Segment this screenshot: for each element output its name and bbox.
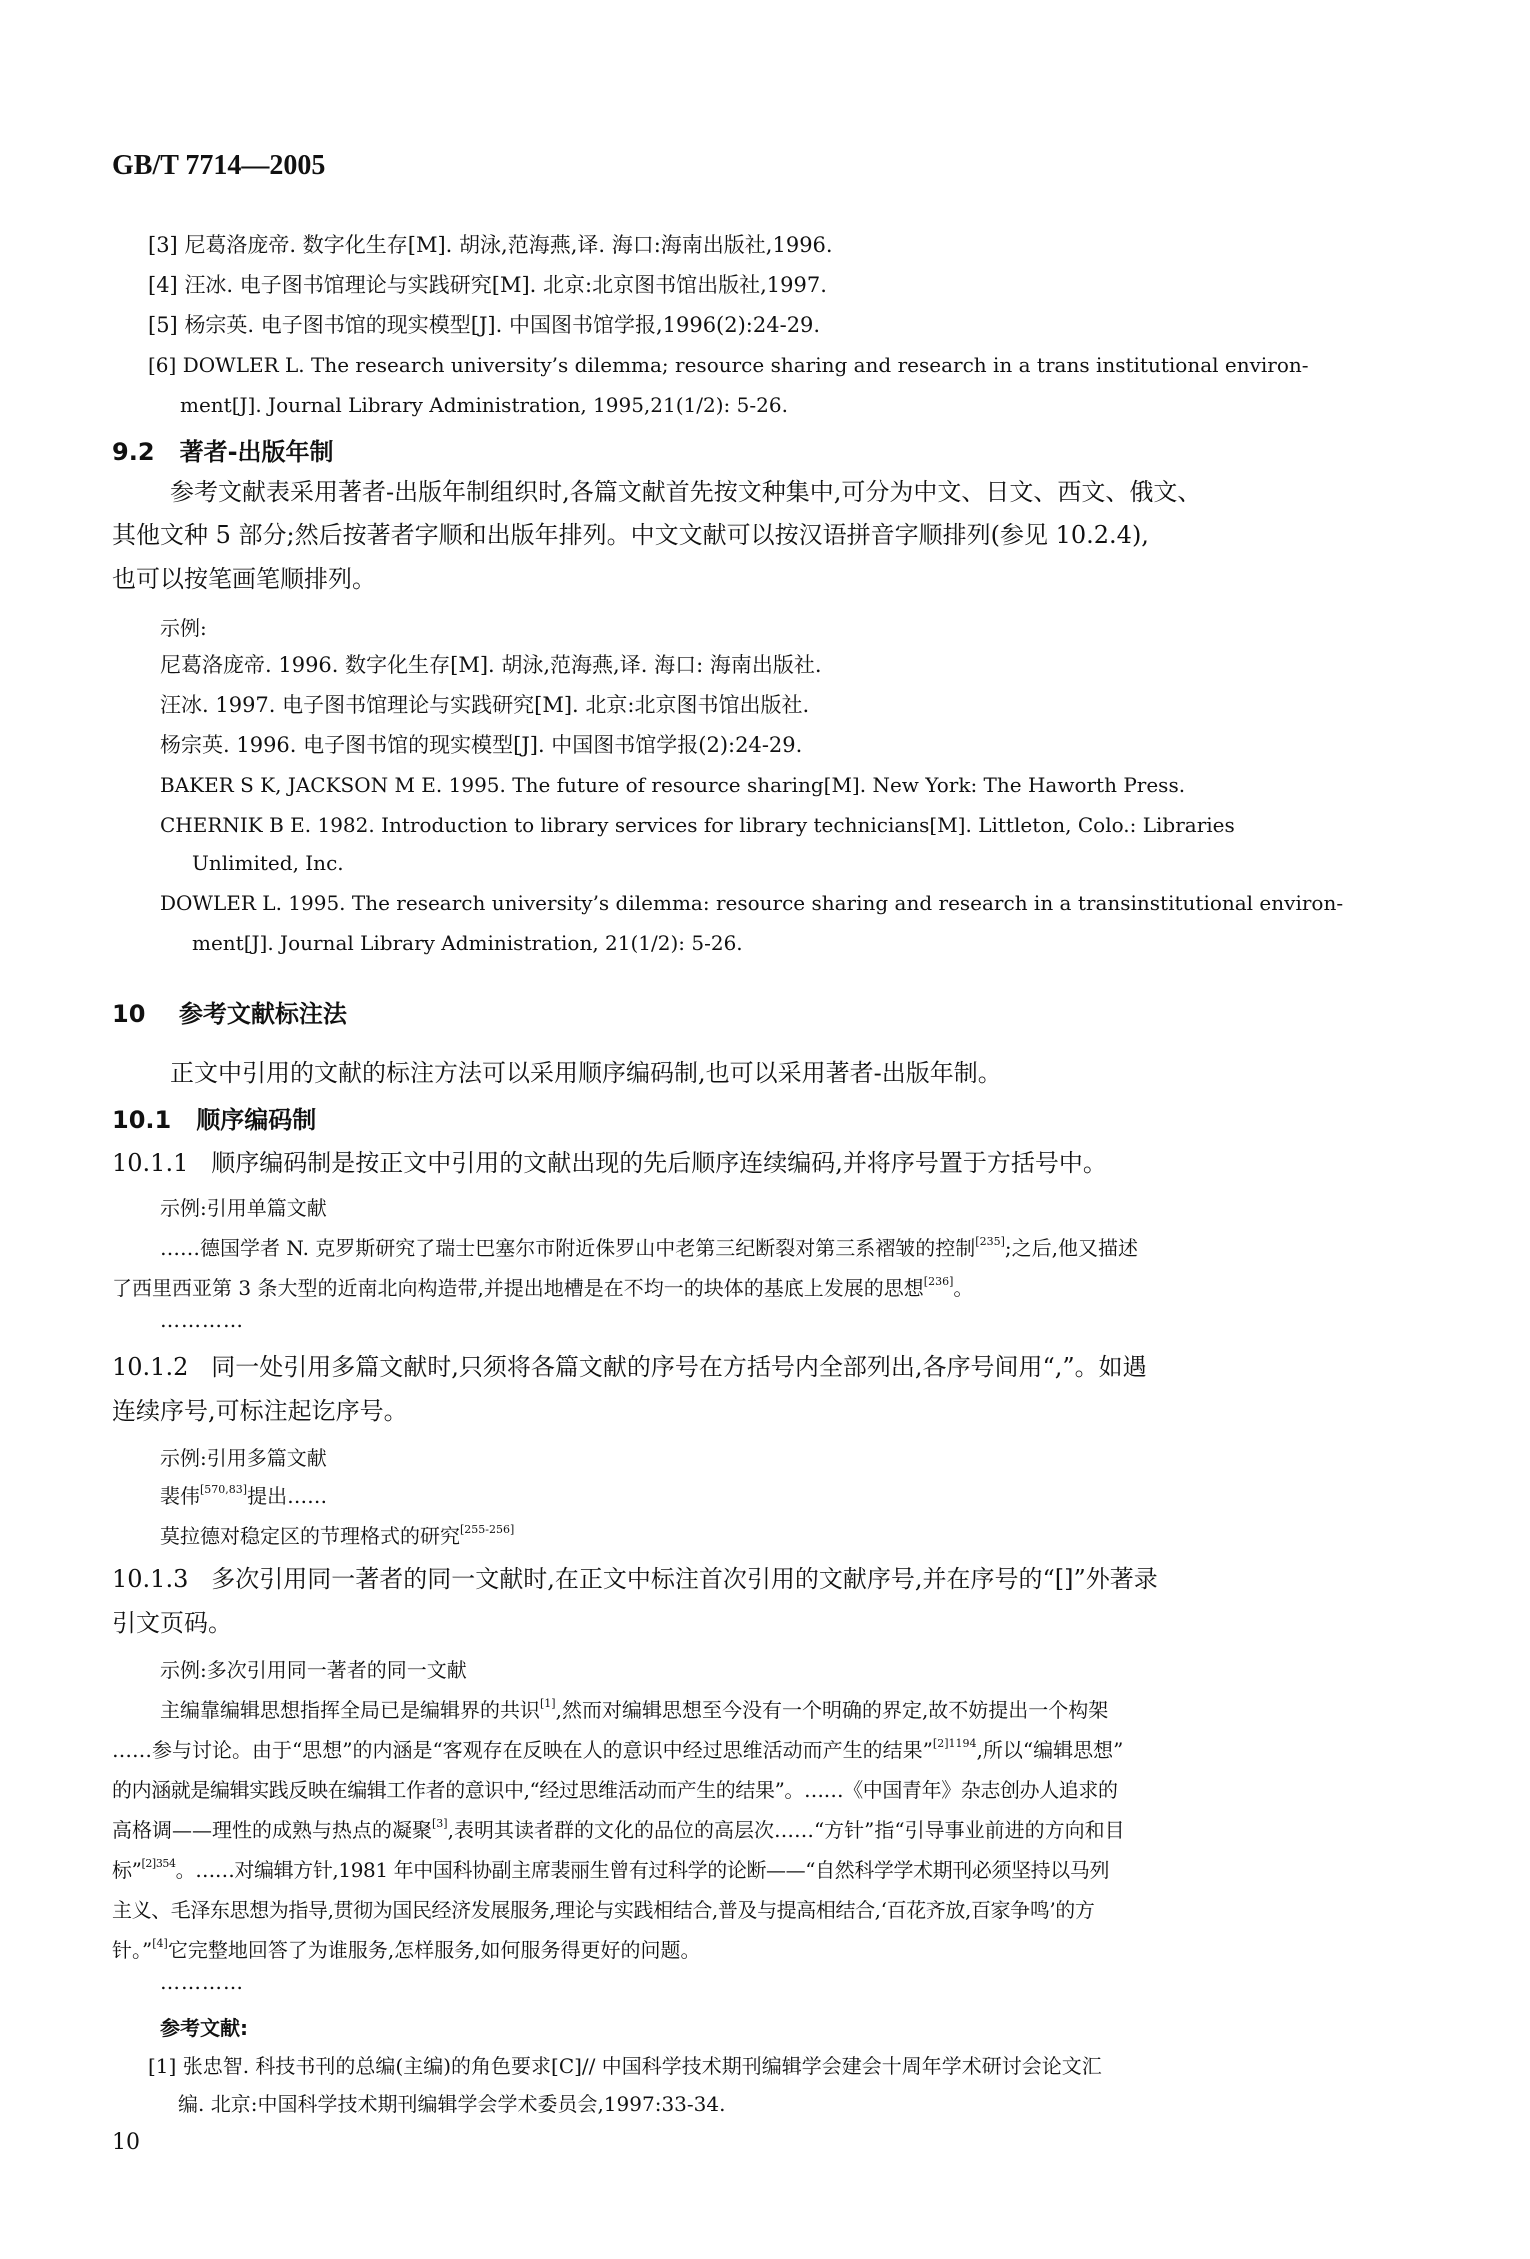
citation-mark: [2]354 [141, 1857, 175, 1870]
clause-10-1-3: 10.1.3 多次引用同一著者的同一文献时,在正文中标注首次引用的文献序号,并在… [112, 1562, 1158, 1596]
clause-10-1-1: 10.1.1 顺序编码制是按正文中引用的文献出现的先后顺序连续编码,并将序号置于… [112, 1146, 1107, 1180]
section-heading-9-2: 9.2 著者-出版年制 [112, 432, 334, 467]
reference-entry: [4] 汪冰. 电子图书馆理论与实践研究[M]. 北京:北京图书馆出版社,199… [148, 270, 827, 300]
example-line: ……德国学者 N. 克罗斯研究了瑞士巴塞尔市附近侏罗山中老第三纪断裂对第三系褶皱… [160, 1232, 1138, 1261]
example-entry: 杨宗英. 1996. 电子图书馆的现实模型[J]. 中国图书馆学报(2):24-… [160, 730, 802, 760]
example-text: 主编靠编辑思想指挥全局已是编辑界的共识 [160, 1698, 540, 1722]
example-entry: 尼葛洛庞帝. 1996. 数字化生存[M]. 胡泳,范海燕,译. 海口: 海南出… [160, 650, 822, 680]
clause-number: 10.1.1 [112, 1149, 188, 1177]
example-continuation: ment[J]. Journal Library Administration,… [192, 928, 743, 958]
references-label: 参考文献: [160, 2012, 248, 2041]
example-text: 它完整地回答了为谁服务,怎样服务,如何服务得更好的问题。 [168, 1938, 701, 1962]
citation-mark: [235] [975, 1235, 1005, 1248]
reference-number: [5] [148, 313, 178, 337]
reference-number: [3] [148, 233, 178, 257]
reference-continuation: 编. 北京:中国科学技术期刊编辑学会学术委员会,1997:33-34. [178, 2088, 725, 2117]
paragraph-line: 正文中引用的文献的标注方法可以采用顺序编码制,也可以采用著者-出版年制。 [170, 1056, 1002, 1090]
example-label: 示例:引用多篇文献 [160, 1442, 327, 1471]
example-text: ,然而对编辑思想至今没有一个明确的界定,故不妨提出一个构架 [556, 1698, 1109, 1722]
example-label: 示例:引用单篇文献 [160, 1192, 327, 1221]
example-line: ……参与讨论。由于“思想”的内涵是“客观存在反映在人的意识中经过思维活动而产生的… [112, 1734, 1123, 1763]
example-line: 裴伟[570,83]提出…… [160, 1480, 327, 1509]
citation-mark: [4] [152, 1937, 168, 1950]
section-number: 9.2 [112, 438, 155, 466]
example-line: 的内涵就是编辑实践反映在编辑工作者的意识中,“经过思维活动而产生的结果”。……《… [112, 1774, 1118, 1803]
section-number: 10 [112, 1000, 145, 1028]
clause-text: 顺序编码制是按正文中引用的文献出现的先后顺序连续编码,并将序号置于方括号中。 [211, 1149, 1107, 1177]
example-text: 裴伟 [160, 1484, 200, 1508]
section-number: 10.1 [112, 1106, 171, 1134]
example-line: 高格调——理性的成熟与热点的凝聚[3],表明其读者群的文化的品位的高层次……“方… [112, 1814, 1125, 1843]
section-title: 著者-出版年制 [180, 438, 334, 466]
example-line: 主编靠编辑思想指挥全局已是编辑界的共识[1],然而对编辑思想至今没有一个明确的界… [160, 1694, 1108, 1723]
paragraph-line: 也可以按笔画笔顺排列。 [112, 562, 376, 596]
reference-entry: [3] 尼葛洛庞帝. 数字化生存[M]. 胡泳,范海燕,译. 海口:海南出版社,… [148, 230, 833, 260]
example-label: 示例:多次引用同一著者的同一文献 [160, 1654, 467, 1683]
reference-number: [1] [148, 2054, 176, 2078]
reference-entry: [6] DOWLER L. The research university’s … [148, 350, 1309, 380]
example-text: 了西里西亚第 3 条大型的近南北向构造带,并提出地槽是在不均一的块体的基底上发展… [112, 1276, 924, 1300]
reference-text: 杨宗英. 电子图书馆的现实模型[J]. 中国图书馆学报,1996(2):24-2… [184, 313, 820, 337]
page-number: 10 [112, 2130, 140, 2155]
citation-mark: [236] [924, 1275, 954, 1288]
ellipsis: ………… [160, 1308, 244, 1332]
example-text: 针。” [112, 1938, 152, 1962]
example-label: 示例: [160, 612, 207, 641]
clause-text: 连续序号,可标注起讫序号。 [112, 1394, 408, 1428]
example-text: 高格调——理性的成熟与热点的凝聚 [112, 1818, 432, 1842]
example-text: 标” [112, 1858, 141, 1882]
example-text: ;之后,他又描述 [1005, 1236, 1138, 1260]
ellipsis: ………… [160, 1970, 244, 1994]
section-title: 顺序编码制 [196, 1106, 316, 1134]
example-text: ……德国学者 N. 克罗斯研究了瑞士巴塞尔市附近侏罗山中老第三纪断裂对第三系褶皱… [160, 1236, 975, 1260]
reference-number: [4] [148, 273, 178, 297]
reference-entry: [5] 杨宗英. 电子图书馆的现实模型[J]. 中国图书馆学报,1996(2):… [148, 310, 820, 340]
example-line: 主义、毛泽东思想为指导,贯彻为国民经济发展服务,理论与实践相结合,普及与提高相结… [112, 1894, 1095, 1923]
citation-mark: [2]1194 [933, 1737, 977, 1750]
reference-text: 汪冰. 电子图书馆理论与实践研究[M]. 北京:北京图书馆出版社,1997. [184, 273, 826, 297]
example-text: ,表明其读者群的文化的品位的高层次……“方针”指“引导事业前进的方向和目 [448, 1818, 1125, 1842]
clause-10-1-2: 10.1.2 同一处引用多篇文献时,只须将各篇文献的序号在方括号内全部列出,各序… [112, 1350, 1147, 1384]
clause-text: 同一处引用多篇文献时,只须将各篇文献的序号在方括号内全部列出,各序号间用“,”。… [211, 1353, 1146, 1381]
reference-number: [6] [148, 353, 176, 377]
paragraph-line: 参考文献表采用著者-出版年制组织时,各篇文献首先按文种集中,可分为中文、日文、西… [170, 475, 1201, 509]
example-line: 莫拉德对稳定区的节理格式的研究[255-256] [160, 1520, 514, 1549]
example-text: 莫拉德对稳定区的节理格式的研究 [160, 1524, 460, 1548]
example-continuation: Unlimited, Inc. [192, 848, 344, 878]
example-line: 针。”[4]它完整地回答了为谁服务,怎样服务,如何服务得更好的问题。 [112, 1934, 701, 1963]
citation-mark: [255-256] [460, 1523, 514, 1536]
clause-text: 多次引用同一著者的同一文献时,在正文中标注首次引用的文献序号,并在序号的“[]”… [211, 1565, 1158, 1593]
paragraph-line: 其他文种 5 部分;然后按著者字顺和出版年排列。中文文献可以按汉语拼音字顺排列(… [112, 518, 1149, 552]
example-text: ……参与讨论。由于“思想”的内涵是“客观存在反映在人的意识中经过思维活动而产生的… [112, 1738, 933, 1762]
example-entry: 汪冰. 1997. 电子图书馆理论与实践研究[M]. 北京:北京图书馆出版社. [160, 690, 809, 720]
example-entry: BAKER S K, JACKSON M E. 1995. The future… [160, 770, 1185, 800]
clause-number: 10.1.3 [112, 1565, 188, 1593]
citation-mark: [570,83] [200, 1483, 247, 1496]
reference-entry: [1] 张忠智. 科技书刊的总编(主编)的角色要求[C]// 中国科学技术期刊编… [148, 2050, 1102, 2079]
example-entry: CHERNIK B E. 1982. Introduction to libra… [160, 810, 1235, 840]
reference-text: 张忠智. 科技书刊的总编(主编)的角色要求[C]// 中国科学技术期刊编辑学会建… [183, 2054, 1102, 2078]
citation-mark: [3] [432, 1817, 448, 1830]
clause-number: 10.1.2 [112, 1353, 188, 1381]
section-heading-10-1: 10.1 顺序编码制 [112, 1100, 316, 1135]
reference-text: 尼葛洛庞帝. 数字化生存[M]. 胡泳,范海燕,译. 海口:海南出版社,1996… [184, 233, 832, 257]
example-line: 标”[2]354。……对编辑方针,1981 年中国科协副主席裴丽生曾有过科学的论… [112, 1854, 1109, 1883]
example-text: 。……对编辑方针,1981 年中国科协副主席裴丽生曾有过科学的论断——“自然科学… [176, 1858, 1109, 1882]
reference-text: DOWLER L. The research university’s dile… [183, 353, 1309, 377]
example-text: 提出…… [247, 1484, 327, 1508]
standard-code: GB/T 7714—2005 [112, 150, 325, 182]
example-text: ,所以“编辑思想” [976, 1738, 1123, 1762]
citation-mark: [1] [540, 1697, 556, 1710]
clause-text: 引文页码。 [112, 1606, 232, 1640]
section-title: 参考文献标注法 [179, 1000, 347, 1028]
section-heading-10: 10 参考文献标注法 [112, 994, 347, 1029]
example-entry: DOWLER L. 1995. The research university’… [160, 888, 1343, 918]
example-text: 。 [953, 1276, 973, 1300]
example-line: 了西里西亚第 3 条大型的近南北向构造带,并提出地槽是在不均一的块体的基底上发展… [112, 1272, 973, 1301]
reference-continuation: ment[J]. Journal Library Administration,… [180, 390, 788, 420]
